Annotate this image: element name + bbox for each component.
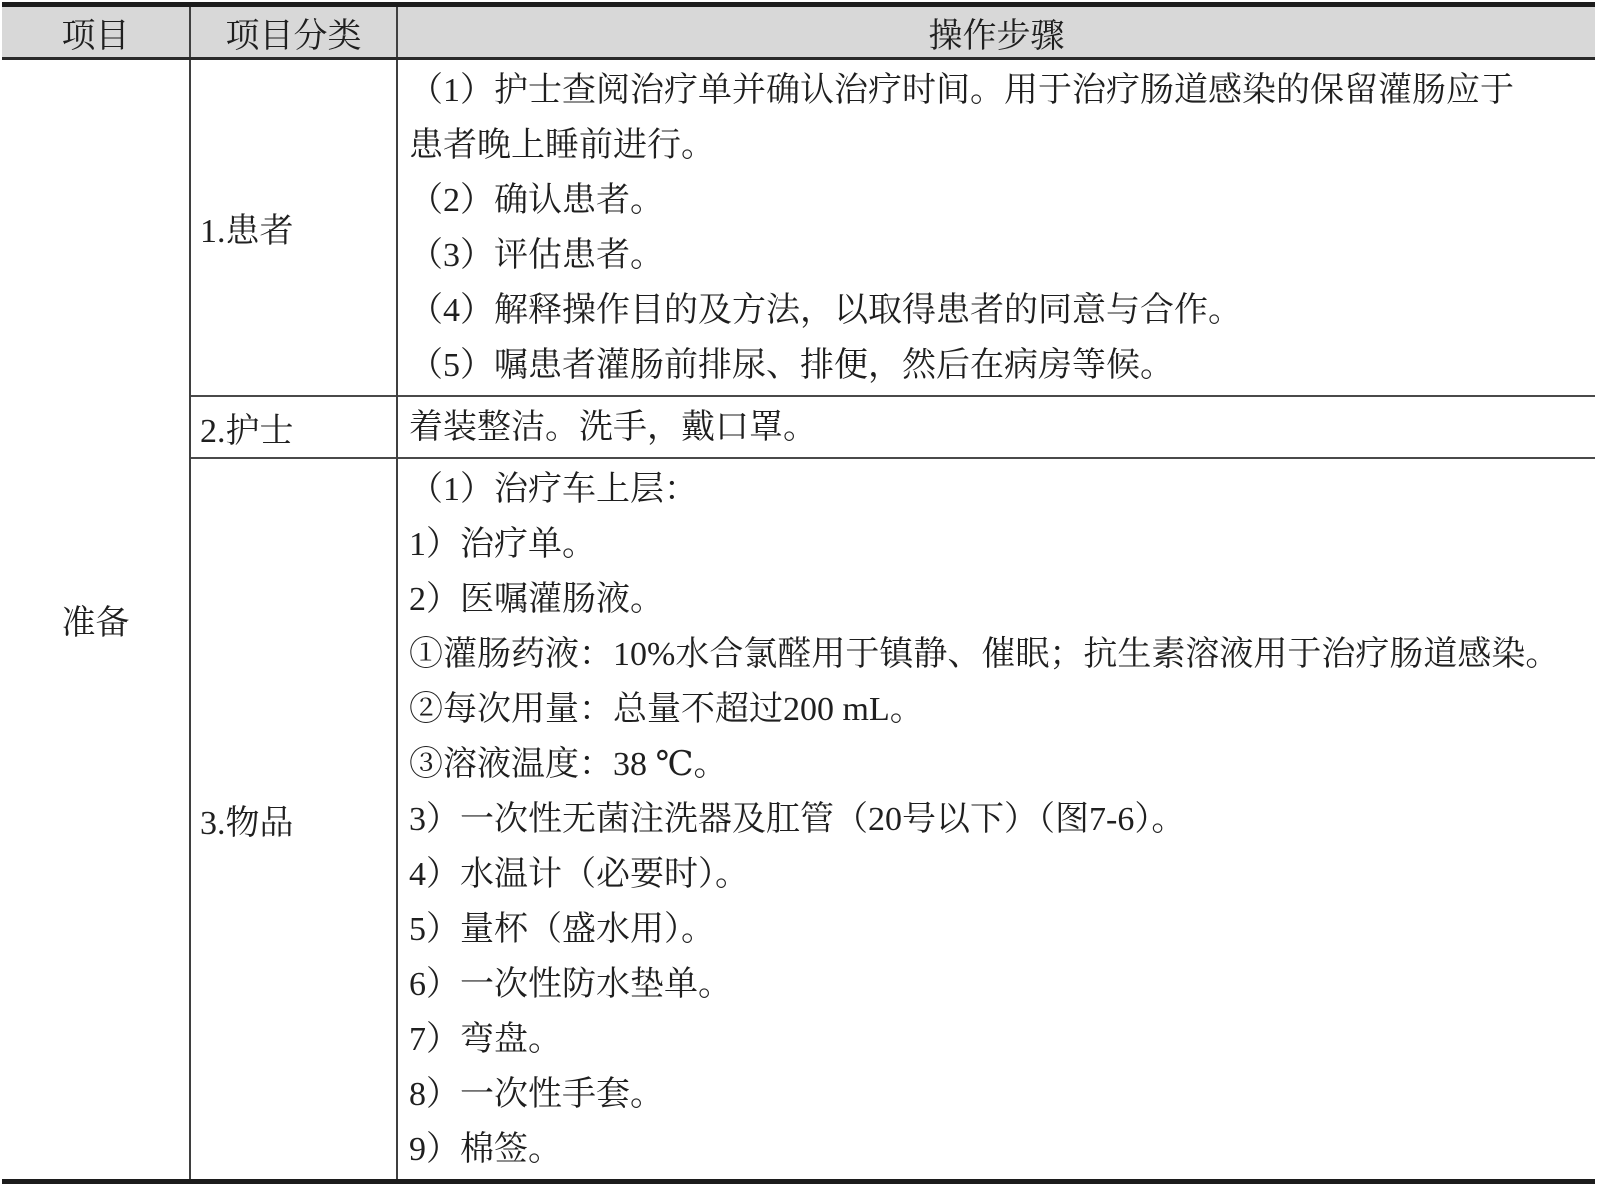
step-line: （1）治疗车上层： [409, 462, 1589, 517]
step-line: 9）棉签。 [409, 1122, 1589, 1177]
step-line: 5）量杯（盛水用）。 [409, 902, 1589, 957]
step-line: 8）一次性手套。 [409, 1067, 1589, 1122]
document-page: 项目 项目分类 操作步骤 准备 1.患者 （1）护士查阅治疗单并确认治疗时间。用… [0, 2, 1601, 1190]
table-row-nurse: 2.护士 着装整洁。洗手，戴口罩。 [2, 396, 1595, 458]
table-row-patient: 准备 1.患者 （1）护士查阅治疗单并确认治疗时间。用于治疗肠道感染的保留灌肠应… [2, 59, 1595, 397]
step-line: 2）医嘱灌肠液。 [409, 572, 1589, 627]
step-line: （1）护士查阅治疗单并确认治疗时间。用于治疗肠道感染的保留灌肠应于 [409, 63, 1589, 118]
header-row: 项目 项目分类 操作步骤 [2, 5, 1595, 59]
header-steps: 操作步骤 [397, 5, 1595, 59]
step-line: 着装整洁。洗手，戴口罩。 [409, 400, 1589, 455]
header-item: 项目 [2, 5, 190, 59]
step-line: 3）一次性无菌注洗器及肛管（20号以下）（图7-6）。 [409, 792, 1589, 847]
step-line: ③溶液温度：38 ℃。 [409, 737, 1589, 792]
step-line: （2）确认患者。 [409, 173, 1589, 228]
category-cell-supplies: 3.物品 [190, 458, 397, 1182]
steps-cell-patient: （1）护士查阅治疗单并确认治疗时间。用于治疗肠道感染的保留灌肠应于患者晚上睡前进… [397, 59, 1595, 397]
step-line: （3）评估患者。 [409, 228, 1589, 283]
step-line: （4）解释操作目的及方法，以取得患者的同意与合作。 [409, 283, 1589, 338]
steps-cell-nurse: 着装整洁。洗手，戴口罩。 [397, 396, 1595, 458]
steps-cell-supplies: （1）治疗车上层：1）治疗单。2）医嘱灌肠液。①灌肠药液：10%水合氯醛用于镇静… [397, 458, 1595, 1182]
header-category: 项目分类 [190, 5, 397, 59]
step-line: ②每次用量：总量不超过200 mL。 [409, 682, 1589, 737]
category-cell-nurse: 2.护士 [190, 396, 397, 458]
step-line: ①灌肠药液：10%水合氯醛用于镇静、催眠；抗生素溶液用于治疗肠道感染。 [409, 627, 1589, 682]
procedure-table: 项目 项目分类 操作步骤 准备 1.患者 （1）护士查阅治疗单并确认治疗时间。用… [2, 2, 1595, 1184]
category-cell-patient: 1.患者 [190, 59, 397, 397]
item-label-cell: 准备 [2, 59, 190, 1182]
step-line: 6）一次性防水垫单。 [409, 957, 1589, 1012]
step-line: 1）治疗单。 [409, 517, 1589, 572]
table-row-supplies: 3.物品 （1）治疗车上层：1）治疗单。2）医嘱灌肠液。①灌肠药液：10%水合氯… [2, 458, 1595, 1182]
step-line: （5）嘱患者灌肠前排尿、排便，然后在病房等候。 [409, 338, 1589, 393]
step-line: 患者晚上睡前进行。 [409, 118, 1589, 173]
step-line: 7）弯盘。 [409, 1012, 1589, 1067]
step-line: 4）水温计（必要时）。 [409, 847, 1589, 902]
